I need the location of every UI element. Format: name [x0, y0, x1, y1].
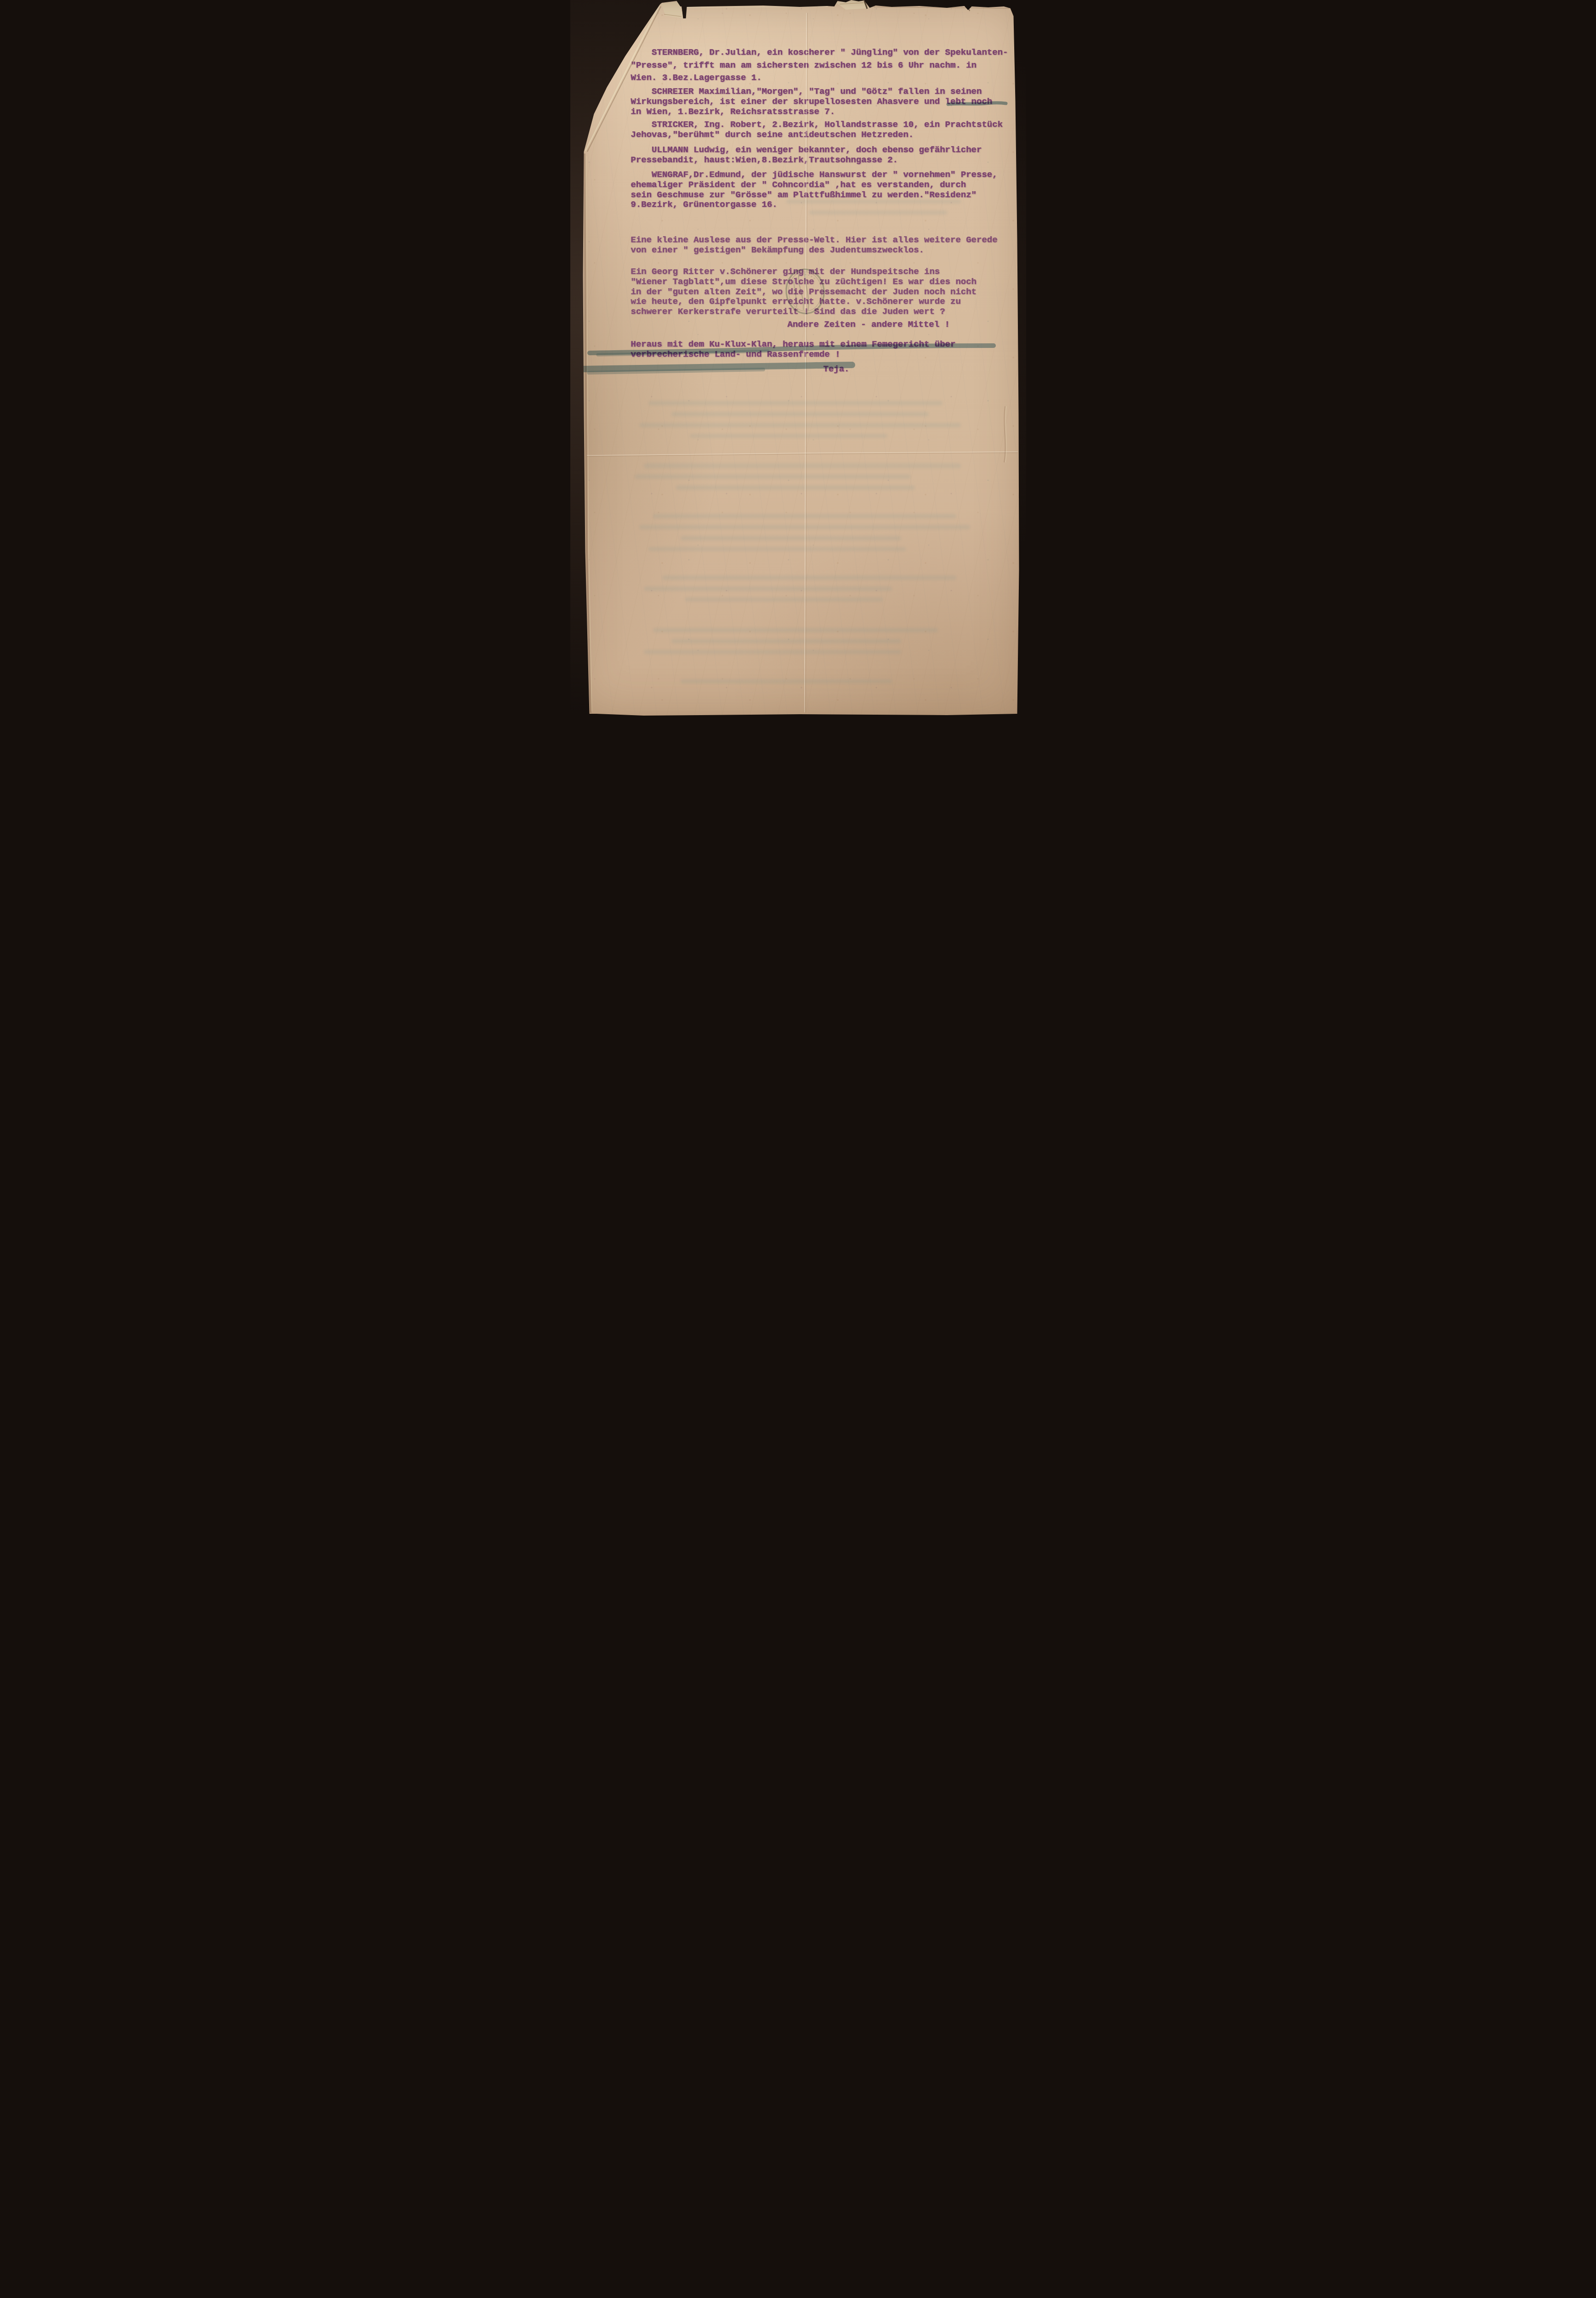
bleedthrough-line — [685, 597, 883, 602]
bleedthrough-line — [644, 463, 961, 468]
paragraph-ullmann: ULLMANN Ludwig, ein weniger bekannter, d… — [631, 145, 982, 165]
paragraph-ku-klux-klan: Heraus mit dem Ku-Klux-Klan, heraus mit … — [631, 340, 956, 360]
paragraph-wengraf: WENGRAF,Dr.Edmund, der jüdische Hanswurs… — [631, 170, 998, 210]
paragraph-schoenerer: Ein Georg Ritter v.Schönerer ging mit de… — [631, 267, 977, 317]
bleedthrough-line — [635, 474, 910, 479]
photo-backdrop: STERNBERG, Dr.Julian, ein koscherer " Jü… — [570, 0, 1026, 721]
bleedthrough-line — [648, 401, 943, 405]
paragraph-auslese: Eine kleine Auslese aus der Presse-Welt.… — [631, 235, 998, 256]
crayon-underline-rassenfremde — [582, 365, 852, 369]
crayon-underline-rassenfremde — [589, 370, 763, 373]
document-page: STERNBERG, Dr.Julian, ein koscherer " Jü… — [570, 0, 1026, 721]
torn-slit-marks — [664, 1, 867, 18]
closing-line: Andere Zeiten - andere Mittel ! — [788, 320, 950, 330]
bleedthrough-line — [648, 547, 906, 551]
bleedthrough-line — [644, 586, 892, 591]
bleedthrough-line — [681, 536, 901, 540]
bleedthrough-line — [809, 210, 947, 215]
bleedthrough-line — [676, 485, 915, 490]
bleedthrough-line — [681, 679, 892, 683]
bleedthrough-line — [690, 434, 887, 438]
bleedthrough-line — [653, 514, 956, 518]
left-edge-shade — [585, 154, 592, 713]
signature-teja: Teja. — [824, 364, 850, 375]
bleedthrough-line — [671, 639, 901, 643]
bleedthrough-line — [671, 412, 929, 416]
paragraph-schreier: SCHREIER Maximilian,"Morgen", "Tag" und … — [631, 87, 993, 117]
bleedthrough-line — [662, 575, 956, 580]
paragraph-stricker: STRICKER, Ing. Robert, 2.Bezirk, Holland… — [631, 120, 1003, 140]
right-edge-wrinkle — [1004, 406, 1006, 462]
bleedthrough-line — [644, 650, 901, 654]
paragraph-sternberg: STERNBERG, Dr.Julian, ein koscherer " Jü… — [631, 46, 1008, 85]
bleedthrough-line — [639, 423, 961, 427]
bleedthrough-line — [653, 628, 938, 632]
top-edge-shade — [687, 6, 1009, 11]
vertical-fold-crease — [805, 13, 807, 712]
horizontal-fold-crease — [587, 452, 1018, 456]
bleedthrough-line — [639, 525, 970, 529]
